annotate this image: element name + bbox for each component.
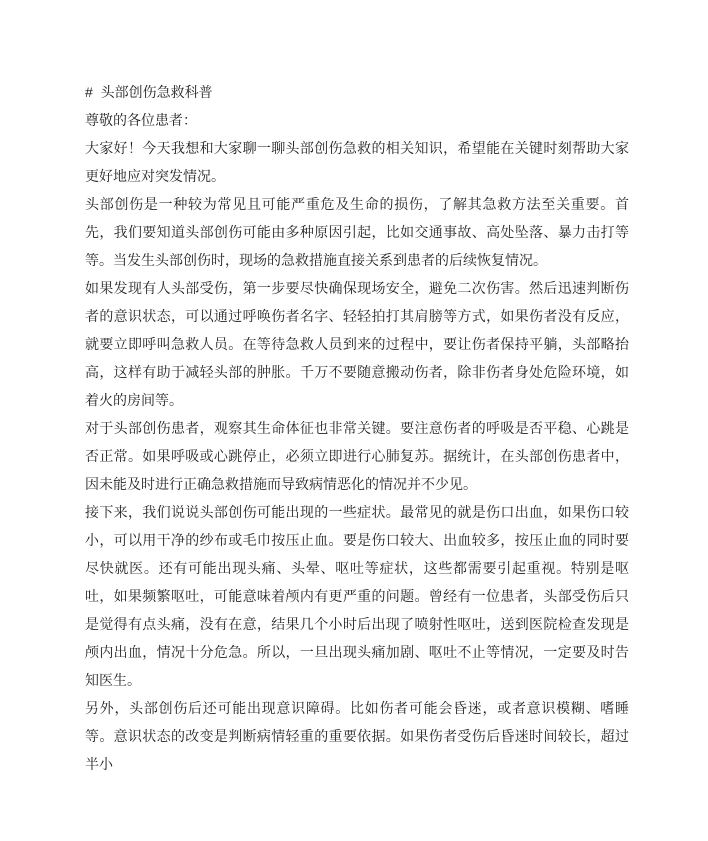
paragraph-vital-signs: 对于头部创伤患者，观察其生命体征也非常关键。要注意伤者的呼吸是否平稳、心跳是否正… [85,414,629,498]
paragraph-intro: 大家好！今天我想和大家聊一聊头部创伤急救的相关知识，希望能在关键时刻帮助大家更好… [85,134,629,190]
paragraph-first-steps: 如果发现有人头部受伤，第一步要尽快确保现场安全，避免二次伤害。然后迅速判断伤者的… [85,274,629,414]
paragraph-salutation: 尊敬的各位患者： [85,106,629,134]
document-heading: # 头部创伤急救科普 [85,78,629,106]
paragraph-consciousness: 另外，头部创伤后还可能出现意识障碍。比如伤者可能会昏迷，或者意识模糊、嗜睡等。意… [85,694,629,778]
paragraph-overview: 头部创伤是一种较为常见且可能严重危及生命的损伤，了解其急救方法至关重要。首先，我… [85,190,629,274]
document-page: # 头部创伤急救科普 尊敬的各位患者： 大家好！今天我想和大家聊一聊头部创伤急救… [0,0,708,841]
paragraph-symptoms: 接下来，我们说说头部创伤可能出现的一些症状。最常见的就是伤口出血，如果伤口较小，… [85,498,629,694]
document-content: # 头部创伤急救科普 尊敬的各位患者： 大家好！今天我想和大家聊一聊头部创伤急救… [85,78,629,778]
